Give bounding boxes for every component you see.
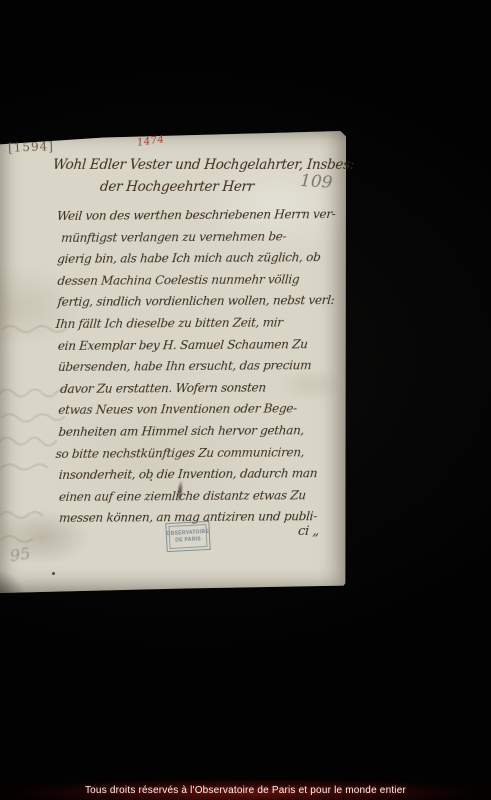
handwritten-line: übersenden, habe Ihn ersucht, das preciu… <box>57 355 349 379</box>
copyright-band: Tous droits réservés à l'Observatoire de… <box>0 780 491 800</box>
handwritten-line: münftigst verlangen zu vernehmen be- <box>60 226 348 250</box>
handwritten-line: benheiten am Himmel sich hervor gethan, <box>58 420 350 444</box>
handwritten-line: gierig bin, als habe Ich mich auch zügli… <box>56 247 348 271</box>
archival-corner-reference: [1594] <box>8 139 54 155</box>
pencil-number-note: 95 <box>9 544 32 566</box>
paper-speck <box>150 479 152 481</box>
scan-background: [1594] 1474 109 95 Wohl Edler Vester und… <box>0 0 491 800</box>
handwritten-line: insonderheit, ob die Invention, dadurch … <box>58 463 350 487</box>
handwritten-line: Weil von des werthen beschriebenen Herrn… <box>56 204 348 228</box>
handwritten-line: dessen Machina Coelestis nunmehr völlig <box>57 269 349 293</box>
observatoire-de-paris-stamp: OBSERVATOIRE DE PARIS <box>165 521 210 552</box>
handwritten-line: fertig, sindlich vordienlichen wollen, n… <box>57 290 349 314</box>
stamp-border: OBSERVATOIRE DE PARIS <box>168 524 207 549</box>
letter-closing-fragment: ci „ <box>297 524 319 539</box>
letter-heading-line-1: Wohl Edler Vester und Hochgelahrter, Ins… <box>52 157 354 173</box>
folio-number: 109 <box>299 171 333 193</box>
handwritten-line: ein Exemplar bey H. Samuel Schaumen Zu <box>57 334 349 358</box>
letter-heading-line-2: der Hochgeehrter Herr <box>99 179 254 195</box>
handwritten-line: so bitte nechstkünftiges Zu communiciren… <box>55 442 350 466</box>
letter-body: Weil von des werthen beschriebenen Herrn… <box>57 204 349 530</box>
handwritten-line: einen auf eine ziemliche distantz etwas … <box>58 485 350 509</box>
paper-speck <box>52 572 55 575</box>
stamp-text-line-2: DE PARIS <box>175 536 201 544</box>
handwritten-line: etwas Neues von Inventionen oder Bege- <box>57 398 349 422</box>
handwritten-line: davor Zu erstatten. Wofern sonsten <box>59 377 349 401</box>
page-corner-shadow <box>0 568 28 602</box>
copyright-text: Tous droits réservés à l'Observatoire de… <box>85 785 406 796</box>
handwritten-line: Ihn fällt Ich dieselbe zu bitten Zeit, m… <box>55 312 349 336</box>
